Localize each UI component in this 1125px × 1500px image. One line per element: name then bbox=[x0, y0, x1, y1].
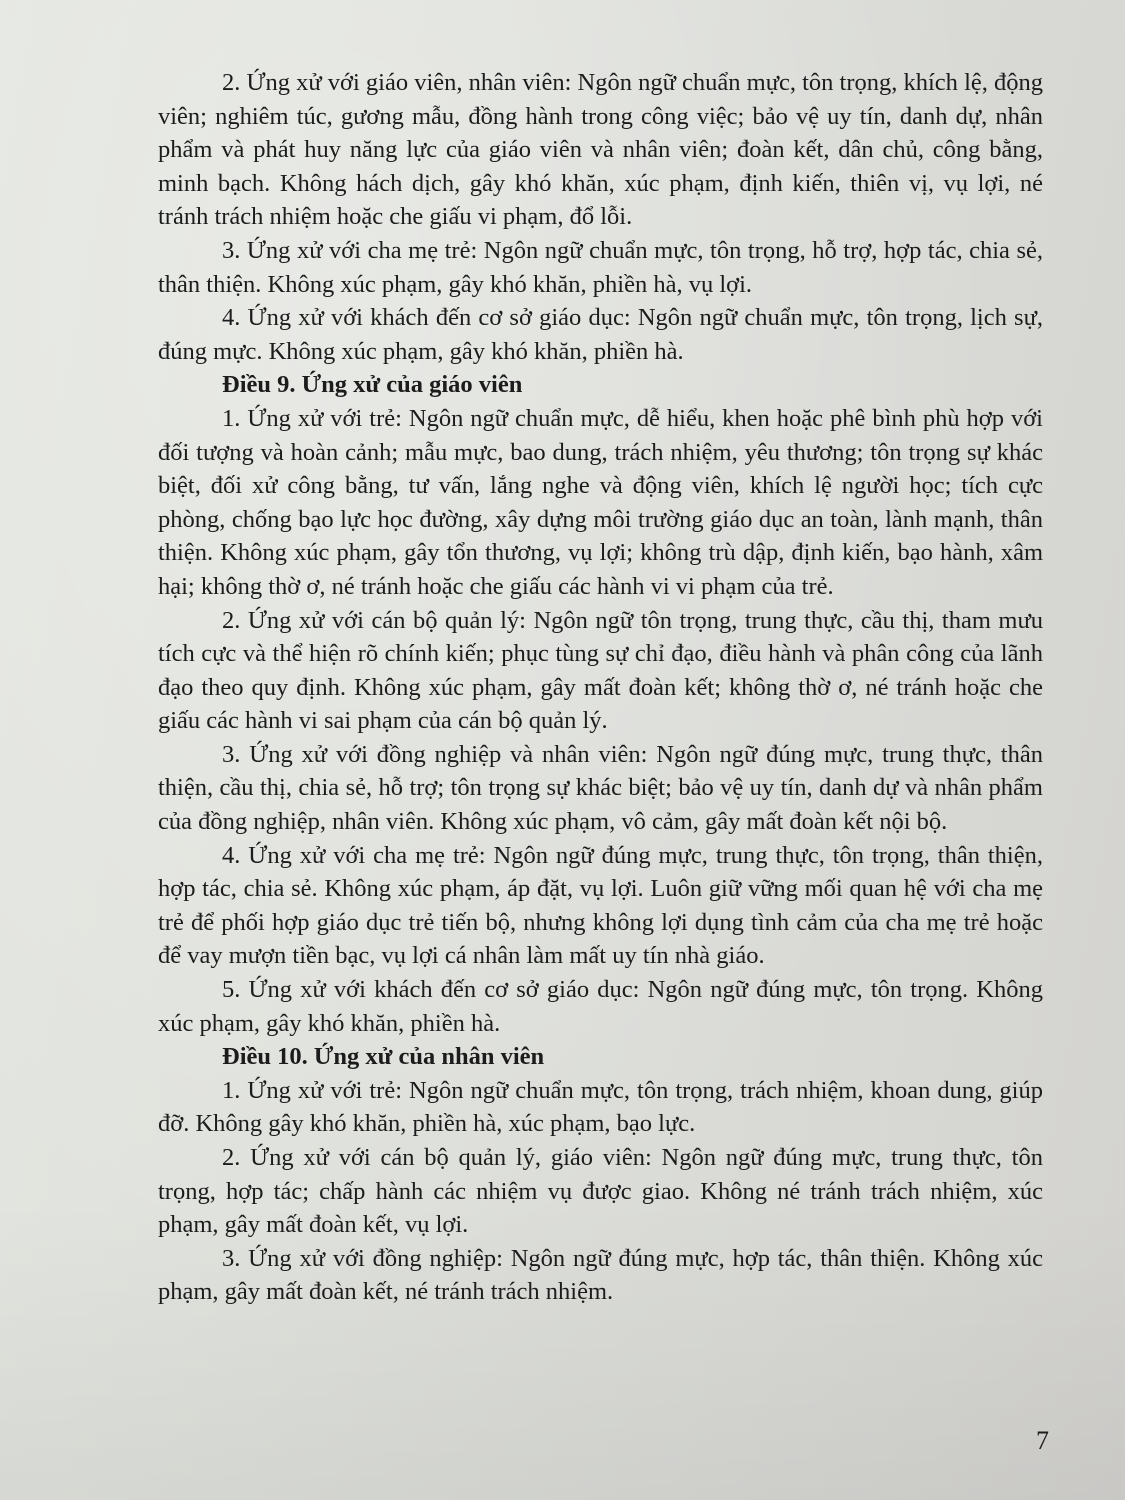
paragraph-teacher-conduct-colleagues: 3. Ứng xử với đồng nghiệp và nhân viên: … bbox=[158, 738, 1043, 839]
paragraph-teacher-conduct-parents: 4. Ứng xử với cha mẹ trẻ: Ngôn ngữ đúng … bbox=[158, 839, 1043, 973]
paragraph-principal-conduct-visitors: 4. Ứng xử với khách đến cơ sở giáo dục: … bbox=[158, 301, 1043, 368]
paragraph-teacher-conduct-children: 1. Ứng xử với trẻ: Ngôn ngữ chuẩn mực, d… bbox=[158, 402, 1043, 604]
paragraph-teacher-conduct-managers: 2. Ứng xử với cán bộ quản lý: Ngôn ngữ t… bbox=[158, 604, 1043, 738]
document-body: 2. Ứng xử với giáo viên, nhân viên: Ngôn… bbox=[158, 66, 1043, 1309]
paragraph-principal-conduct-staff: 2. Ứng xử với giáo viên, nhân viên: Ngôn… bbox=[158, 66, 1043, 234]
paragraph-staff-conduct-children: 1. Ứng xử với trẻ: Ngôn ngữ chuẩn mực, t… bbox=[158, 1074, 1043, 1141]
paragraph-principal-conduct-parents: 3. Ứng xử với cha mẹ trẻ: Ngôn ngữ chuẩn… bbox=[158, 234, 1043, 301]
paragraph-teacher-conduct-visitors: 5. Ứng xử với khách đến cơ sở giáo dục: … bbox=[158, 973, 1043, 1040]
page-number: 7 bbox=[1036, 1426, 1049, 1456]
article-9-heading: Điều 9. Ứng xử của giáo viên bbox=[158, 368, 1043, 402]
article-10-heading: Điều 10. Ứng xử của nhân viên bbox=[158, 1040, 1043, 1074]
paragraph-staff-conduct-colleagues: 3. Ứng xử với đồng nghiệp: Ngôn ngữ đúng… bbox=[158, 1242, 1043, 1309]
paragraph-staff-conduct-managers-teachers: 2. Ứng xử với cán bộ quản lý, giáo viên:… bbox=[158, 1141, 1043, 1242]
